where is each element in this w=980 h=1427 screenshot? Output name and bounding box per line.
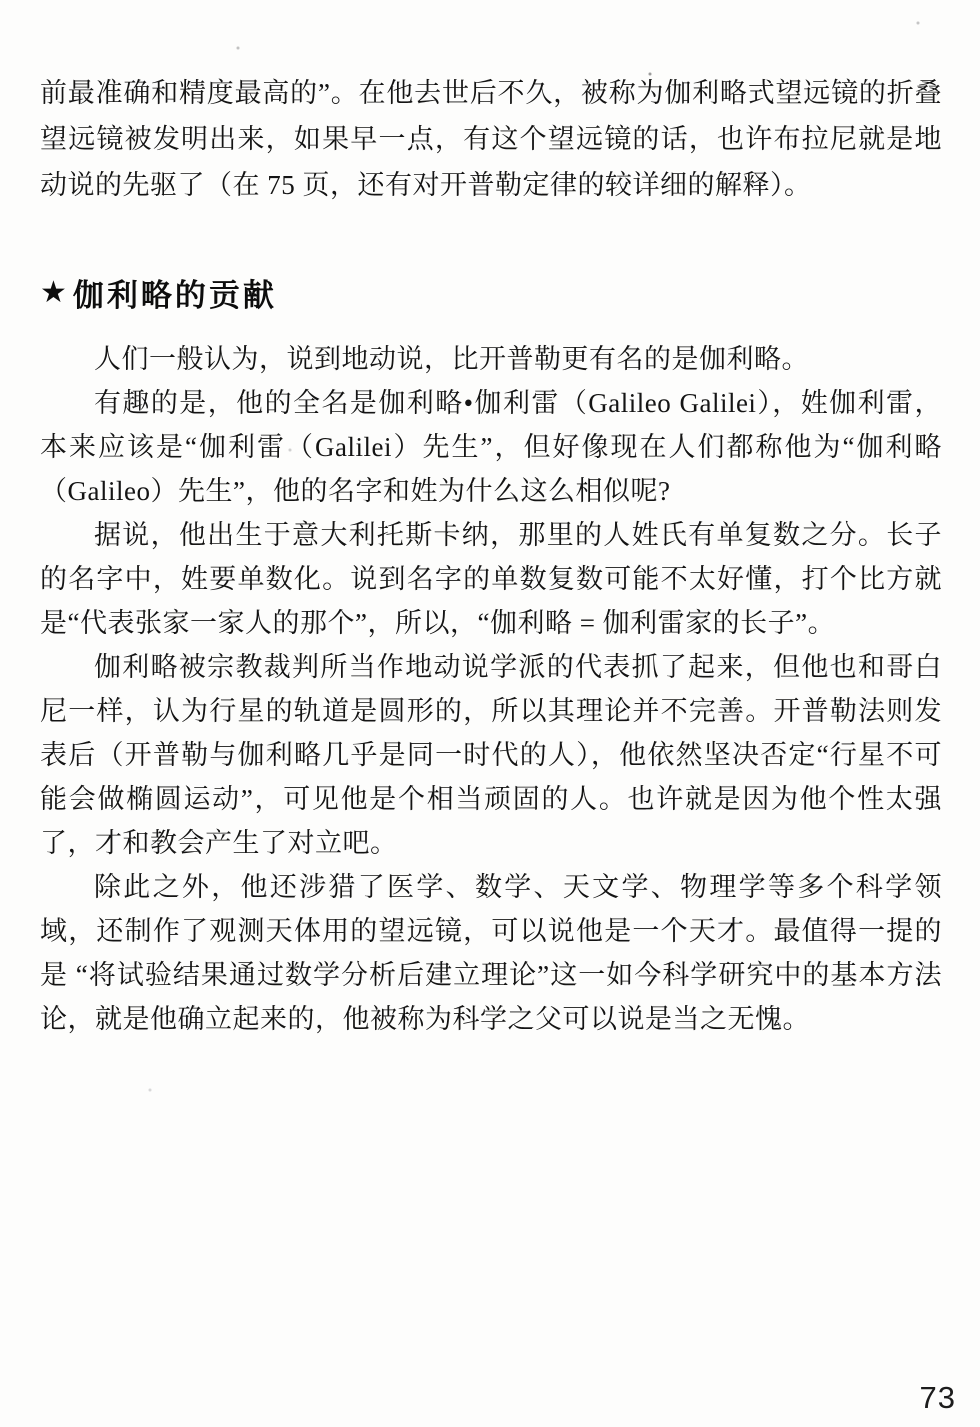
section-title: 伽利略的贡献 [73,270,277,315]
paragraph: 伽利略被宗教裁判所当作地动说学派的代表抓了起来，但他也和哥白尼一样，认为行星的轨… [40,645,942,865]
intro-paragraph: 前最准确和精度最高的”。在他去世后不久，被称为伽利略式望远镜的折叠望远镜被发明出… [40,70,942,208]
paragraph: 据说，他出生于意大利托斯卡纳，那里的人姓氏有单复数之分。长子的名字中，姓要单数化… [40,513,942,645]
star-icon: ★ [40,275,67,310]
page-number: 73 [920,1380,956,1416]
paragraph: 除此之外，他还涉猎了医学、数学、天文学、物理学等多个科学领域，还制作了观测天体用… [40,865,942,1041]
text-column: 前最准确和精度最高的”。在他去世后不久，被称为伽利略式望远镜的折叠望远镜被发明出… [40,70,942,1041]
paragraph: 有趣的是，他的全名是伽利略•伽利雷（Galileo Galilei），姓伽利雷，… [40,381,942,513]
section-heading: ★ 伽利略的贡献 [40,270,942,315]
book-page: 前最准确和精度最高的”。在他去世后不久，被称为伽利略式望远镜的折叠望远镜被发明出… [0,0,980,1427]
paragraph: 人们一般认为，说到地动说，比开普勒更有名的是伽利略。 [40,337,942,381]
section-body: 人们一般认为，说到地动说，比开普勒更有名的是伽利略。 有趣的是，他的全名是伽利略… [40,337,942,1041]
